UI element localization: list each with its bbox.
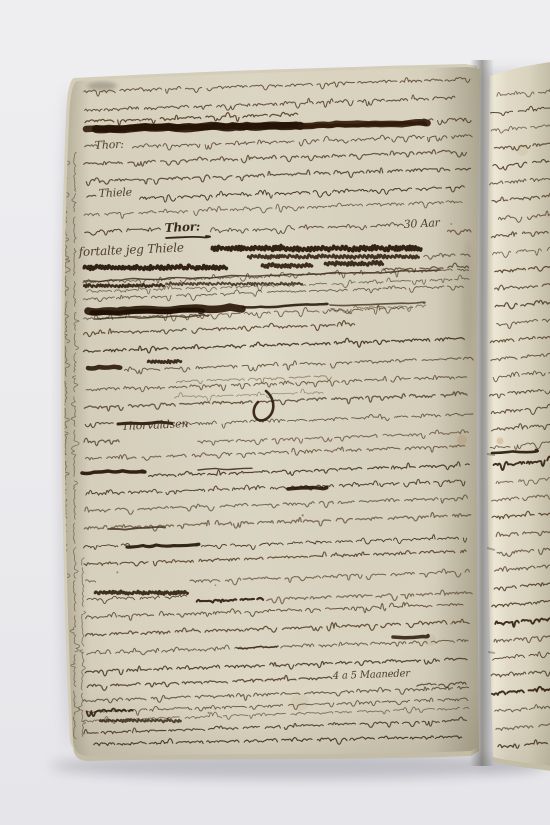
manuscript-photo: Thor: Thiele Thor: 30 Aar fortalte jeg T… (0, 0, 550, 825)
manuscript-artwork (0, 0, 550, 825)
